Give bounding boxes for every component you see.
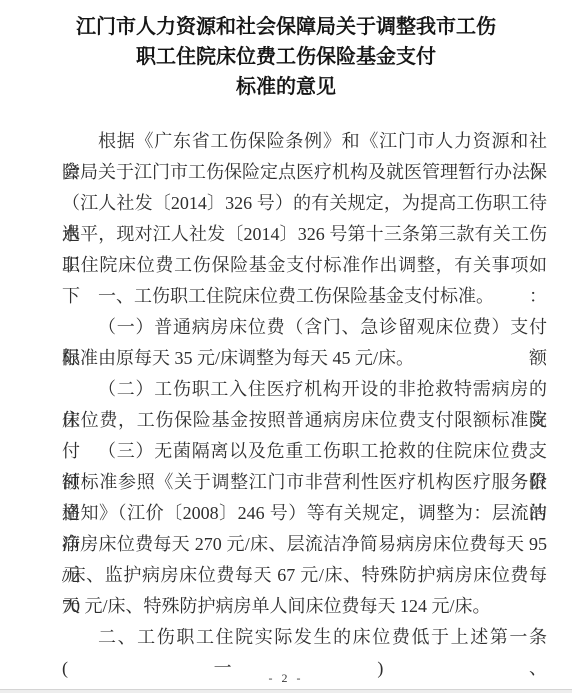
body-line: 二、工伤职工住院实际发生的床位费低于上述第一条(一)、 (62, 622, 547, 653)
body-line: （江人社发〔2014〕326 号）的有关规定，为提高工伤职工待遇 (62, 188, 547, 219)
title-line: 职工住院床位费工伤保险基金支付 (0, 42, 572, 72)
page-number: - 2 - (0, 671, 572, 686)
body-line: 额标准参照《关于调整江门市非营利性医疗机构医疗服务价格的 (62, 467, 547, 498)
body-line: 一、工伤职工住院床位费工伤保险基金支付标准。 (62, 281, 547, 312)
body-line: 根据《广东省工伤保险条例》和《江门市人力资源和社会保 (62, 126, 547, 157)
document-page: 江门市人力资源和社会保障局关于调整我市工伤 职工住院床位费工伤保险基金支付 标准… (0, 0, 572, 693)
body-line: （三）无菌隔离以及危重工伤职工抢救的住院床位费支付限 (62, 436, 547, 467)
document-title: 江门市人力资源和社会保障局关于调整我市工伤 职工住院床位费工伤保险基金支付 标准… (0, 0, 572, 102)
body-line: 床位费，工伤保险基金按照普通病房床位费支付限额标准支付。 (62, 405, 547, 436)
body-line: /床、监护病房床位费每天 67 元/床、特殊防护病房床位费每天 (62, 560, 547, 591)
body-line: 障局关于江门市工伤保险定点医疗机构及就医管理暂行办法》 (62, 157, 547, 188)
body-line: 工住院床位费工伤保险基金支付标准作出调整，有关事项如下： (62, 250, 547, 281)
body-line: 70 元/床、特殊防护病房单人间床位费每天 124 元/床。 (62, 591, 547, 622)
body-line: （一）普通病房床位费（含门、急诊留观床位费）支付限额 (62, 312, 547, 343)
body-line: （二）工伤职工入住医疗机构开设的非抢救特需病房的住院 (62, 374, 547, 405)
body-line: 水平，现对江人社发〔2014〕326 号第十三条第三款有关工伤职 (62, 219, 547, 250)
body-line: 通知》（江价〔2008〕246 号）等有关规定，调整为：层流洁净 (62, 498, 547, 529)
scan-bottom-edge (0, 689, 572, 693)
title-line: 标准的意见 (0, 72, 572, 102)
document-body: 根据《广东省工伤保险条例》和《江门市人力资源和社会保 障局关于江门市工伤保险定点… (62, 126, 547, 653)
body-line: 病房床位费每天 270 元/床、层流洁净简易病房床位费每天 95 元 (62, 529, 547, 560)
title-line: 江门市人力资源和社会保障局关于调整我市工伤 (0, 12, 572, 42)
